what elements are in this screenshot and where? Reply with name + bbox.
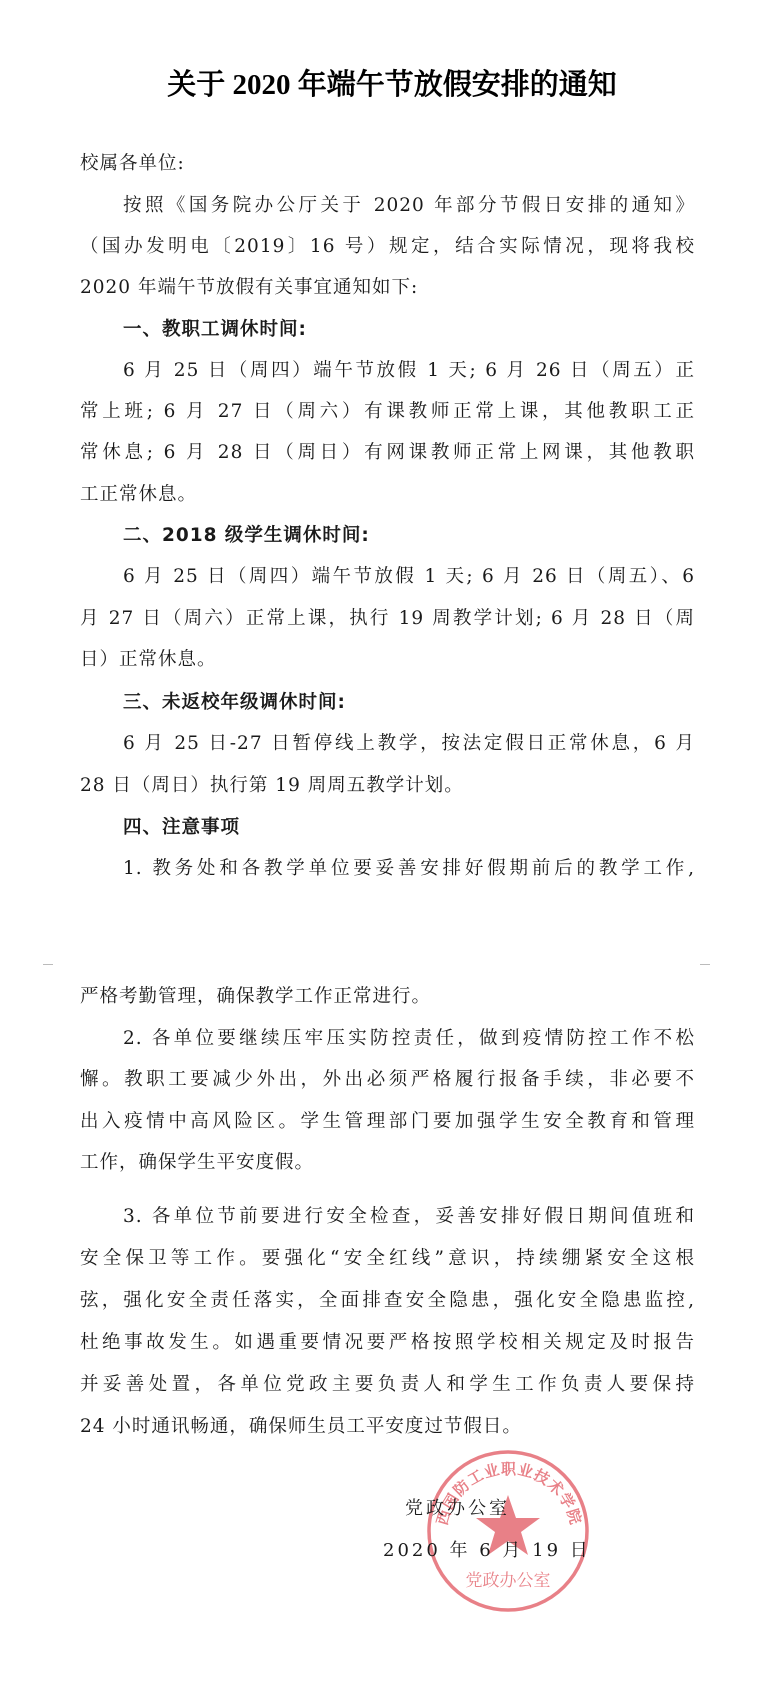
notice-item-line: 安全保卫等工作。要强化“安全红线”意识，持续绷紧安全这根 (80, 1247, 695, 1271)
section-heading: 四、注意事项 (123, 816, 240, 840)
notice-item-line: 2. 各单位要继续压牢压实防控责任，做到疫情防控工作不松 (123, 1027, 695, 1051)
body-line: 日）正常休息。 (80, 648, 695, 672)
signature-office: 党政办公室 (405, 1497, 510, 1521)
notice-item-line: 24 小时通讯畅通，确保师生员工平安度过节假日。 (80, 1415, 695, 1439)
notice-item-line: 工作，确保学生平安度假。 (80, 1151, 695, 1175)
signature-date: 2020 年 6 月 19 日 (383, 1539, 591, 1563)
notice-item-line: 3. 各单位节前要进行安全检查，妥善安排好假日期间值班和 (123, 1205, 695, 1229)
seal-icon: 西国防工业职业技术学院 党政办公室 (425, 1448, 591, 1614)
body-line: 28 日（周日）执行第 19 周周五教学计划。 (80, 774, 695, 798)
intro-line: 2020 年端午节放假有关事宜通知如下: (80, 276, 695, 300)
notice-item-line: 1. 教务处和各教学单位要妥善安排好假期前后的教学工作, (123, 857, 695, 881)
svg-text:党政办公室: 党政办公室 (466, 1571, 551, 1591)
notice-item-line: 懈。教职工要减少外出，外出必须严格履行报备手续，非必要不 (80, 1068, 695, 1092)
section-heading: 一、教职工调休时间: (123, 318, 307, 342)
body-line: 6 月 25 日（周四）端午节放假 1 天; 6 月 26 日（周五）正 (123, 359, 695, 383)
body-line: 6 月 25 日-27 日暂停线上教学，按法定假日正常休息，6 月 (123, 732, 695, 756)
body-line: 常上班; 6 月 27 日（周六）有课教师正常上课，其他教职工正 (80, 400, 695, 424)
body-line: 工正常休息。 (80, 483, 695, 507)
notice-item-line: 严格考勤管理，确保教学工作正常进行。 (80, 985, 695, 1009)
body-line: 月 27 日（周六）正常上课，执行 19 周教学计划; 6 月 28 日（周 (80, 607, 695, 631)
page-break-mark-right (700, 964, 710, 965)
notice-item-line: 出入疫情中高风险区。学生管理部门要加强学生安全教育和管理 (80, 1110, 695, 1134)
page-break-mark-left (43, 964, 53, 965)
intro-line: 按照《国务院办公厅关于 2020 年部分节假日安排的通知》 (123, 194, 695, 218)
intro-line: （国办发明电〔2019〕16 号）规定，结合实际情况，现将我校 (80, 235, 695, 259)
document-title: 关于 2020 年端午节放假安排的通知 (0, 62, 784, 103)
section-heading: 二、2018 级学生调休时间: (123, 524, 370, 548)
notice-item-line: 并妥善处置，各单位党政主要负责人和学生工作负责人要保持 (80, 1373, 695, 1397)
notice-item-line: 杜绝事故发生。如遇重要情况要严格按照学校相关规定及时报告 (80, 1331, 695, 1355)
official-seal: 西国防工业职业技术学院 党政办公室 (425, 1448, 591, 1614)
section-heading: 三、未返校年级调休时间: (123, 691, 346, 715)
salutation: 校属各单位: (80, 152, 695, 176)
notice-item-line: 弦，强化安全责任落实，全面排查安全隐患，强化安全隐患监控, (80, 1289, 695, 1313)
body-line: 6 月 25 日（周四）端午节放假 1 天; 6 月 26 日（周五）、6 (123, 565, 695, 589)
body-line: 常休息; 6 月 28 日（周日）有网课教师正常上网课，其他教职 (80, 441, 695, 465)
